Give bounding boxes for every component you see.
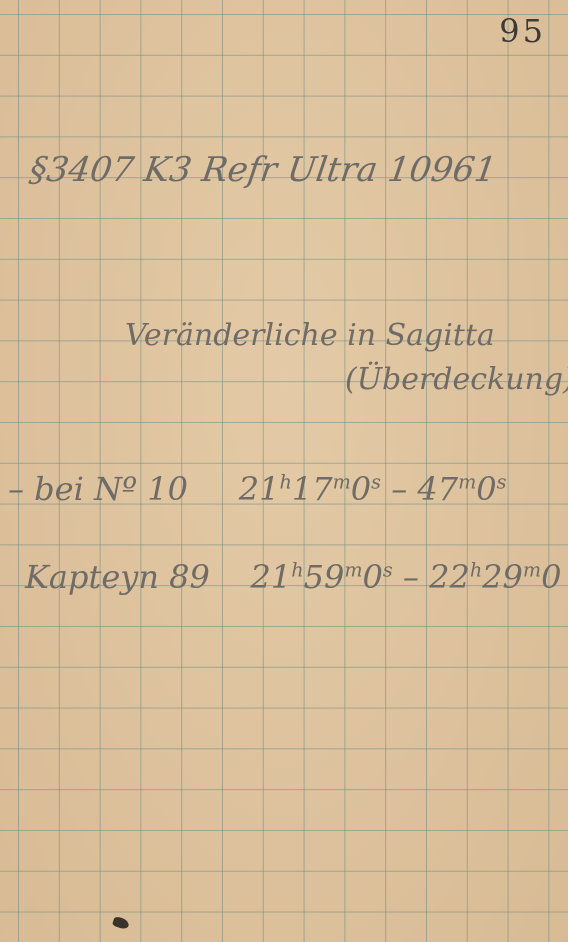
end-seconds: 0 [541, 558, 561, 596]
start-hours: 21 [251, 558, 292, 596]
start-seconds: 0 [351, 470, 371, 508]
end-minutes: 29 [482, 558, 523, 596]
ink-blot [112, 916, 130, 930]
start-minutes: 17 [292, 470, 333, 508]
observation-line-no10: – bei Nº 10 21h17m0s – 47m0s [8, 470, 507, 508]
end-minutes: 47 [417, 470, 458, 508]
start-hours: 21 [239, 470, 280, 508]
overlap-note-line: (Überdeckung) [345, 362, 568, 397]
end-hours: 22 [429, 558, 470, 596]
start-minutes: 59 [304, 558, 345, 596]
end-seconds: 0 [476, 470, 496, 508]
page-number: 95 [499, 12, 546, 50]
notebook-page: 95 §3407 K3 Refr Ultra 10961 Veränderlic… [0, 0, 568, 942]
start-seconds: 0 [363, 558, 383, 596]
catalog-entry-line: §3407 K3 Refr Ultra 10961 [27, 150, 499, 190]
variables-note-line: Veränderliche in Sagitta [125, 318, 495, 353]
observation-label: – bei Nº 10 [8, 470, 188, 508]
observation-line-kapteyn89: Kapteyn 89 21h59m0s – 22h29m0 [25, 558, 561, 596]
observation-label: Kapteyn 89 [25, 558, 210, 596]
